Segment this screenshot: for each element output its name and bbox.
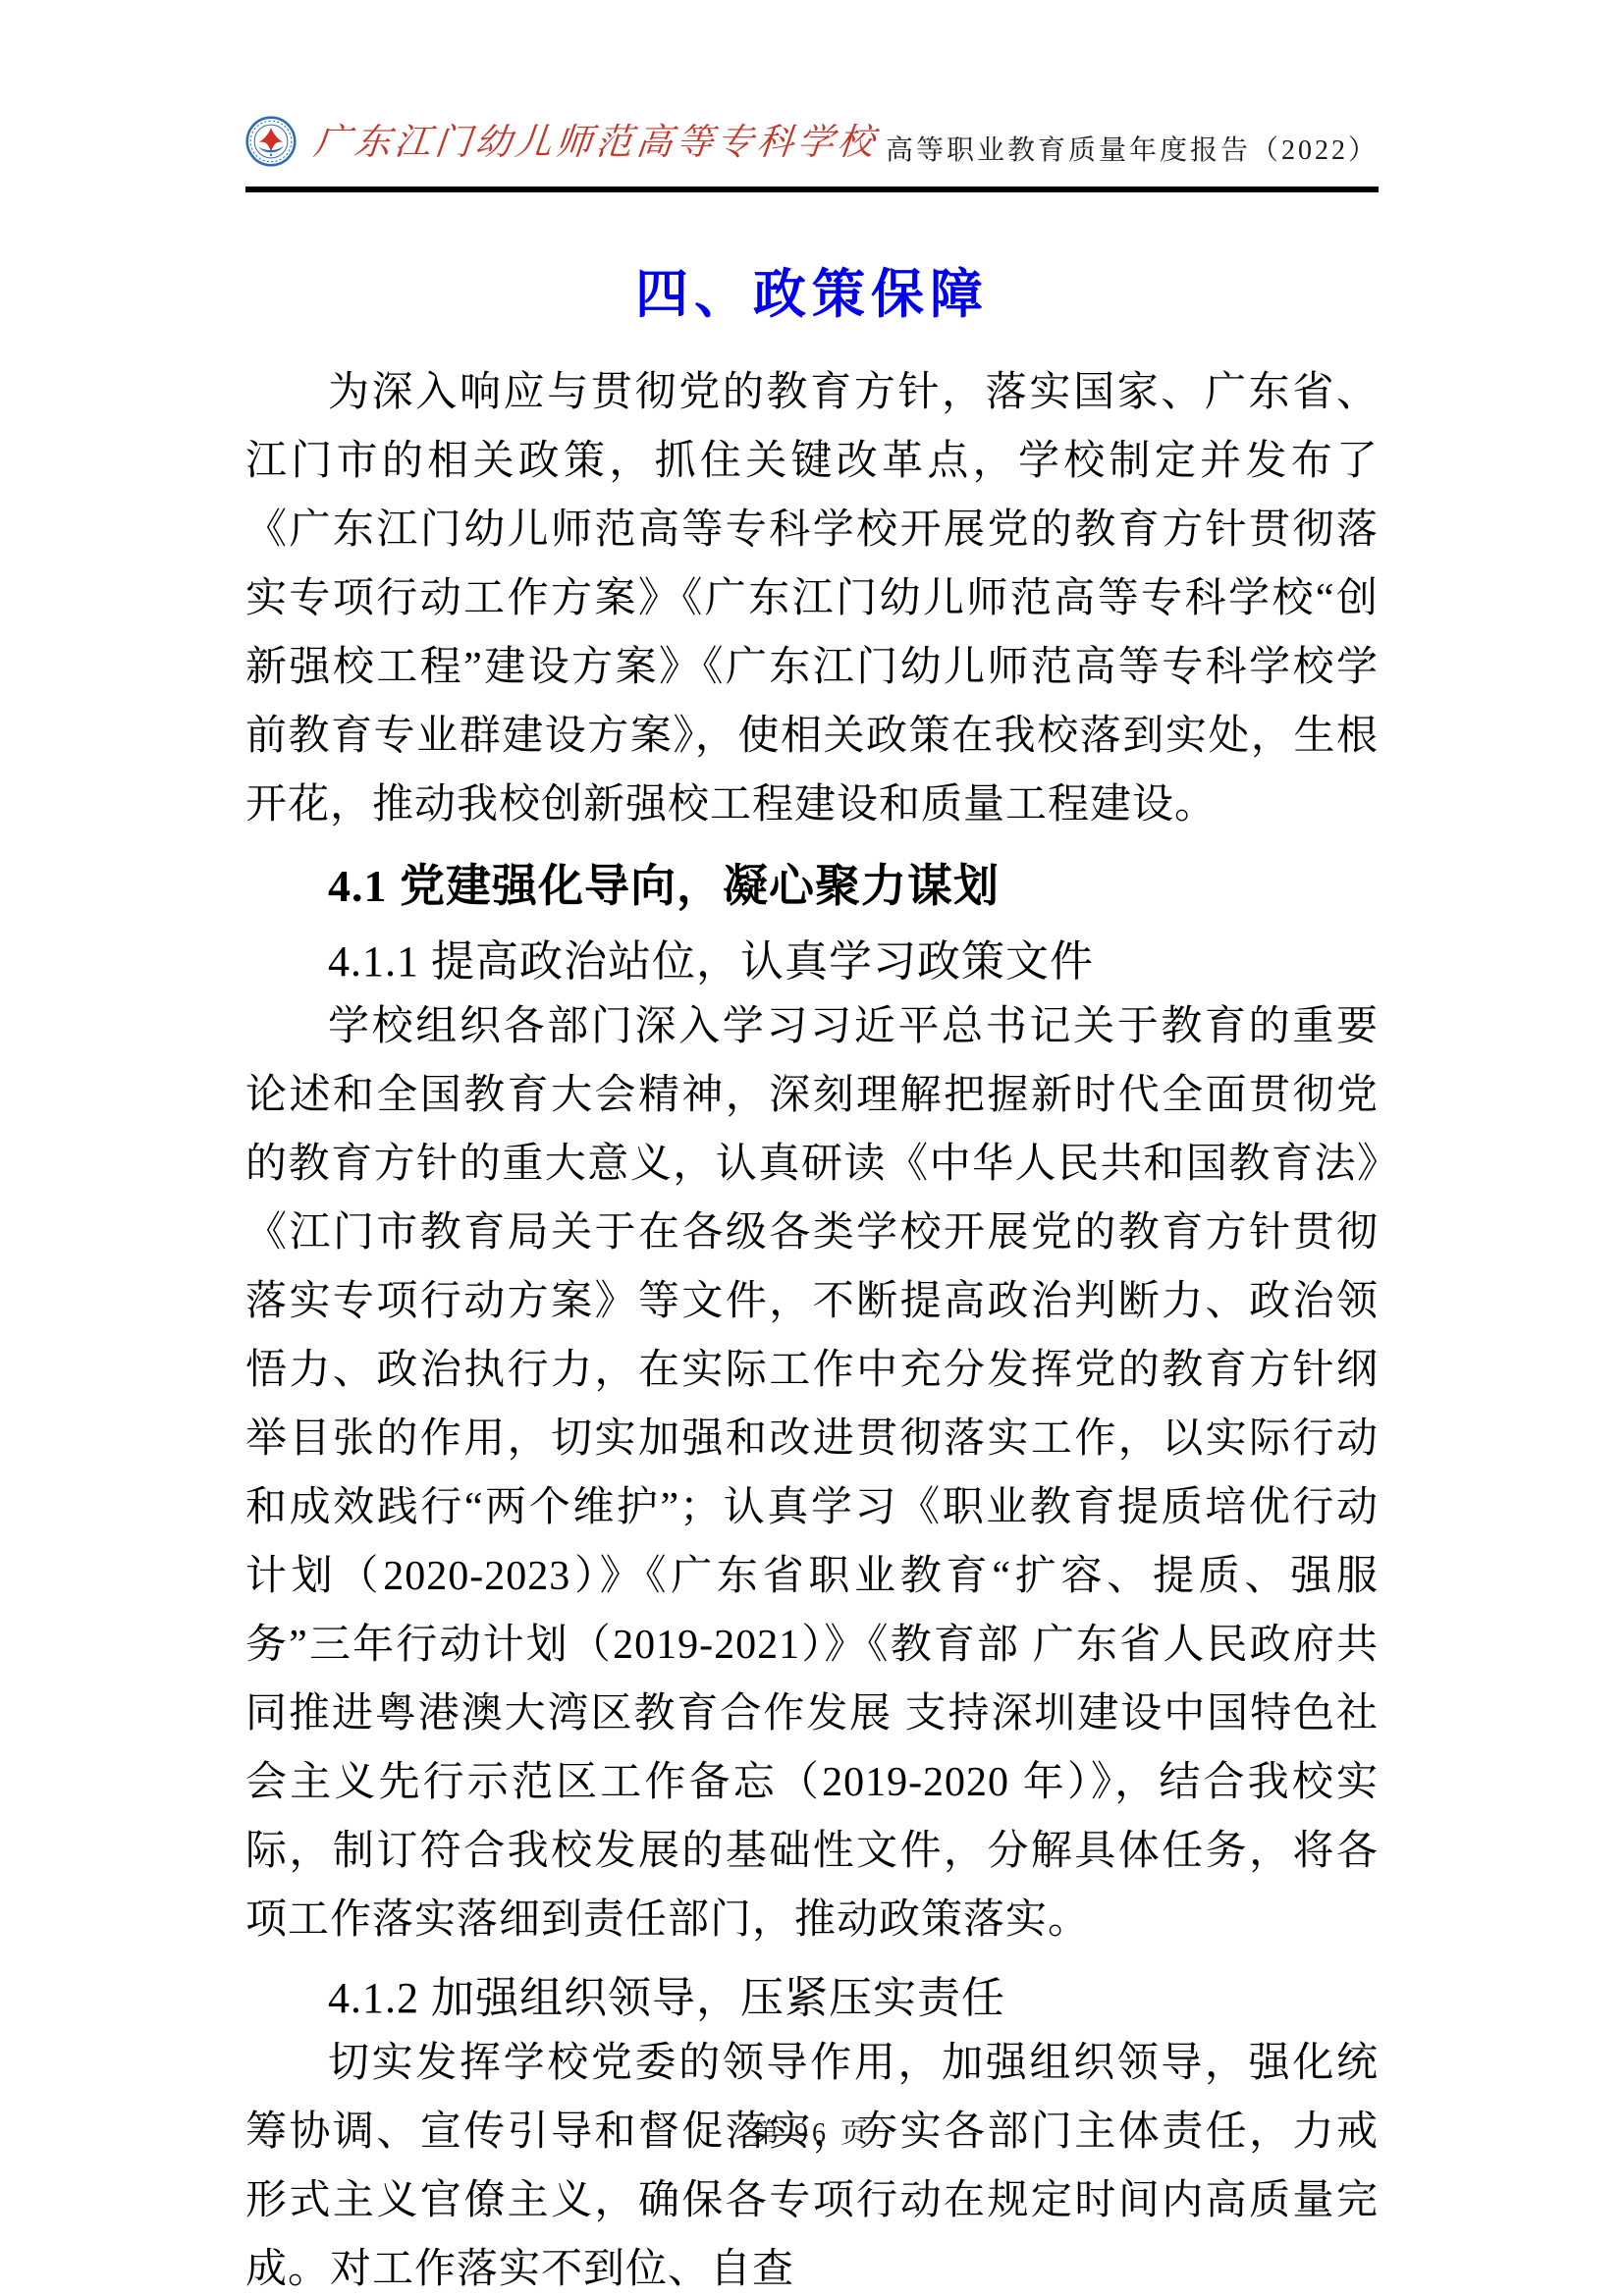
chapter-title: 四、政策保障 (245, 263, 1379, 327)
school-emblem-icon (245, 116, 297, 167)
section-4-1-1-paragraph: 学校组织各部门深入学习习近平总书记关于教育的重要论述和全国教育大会精神，深刻理解… (245, 992, 1379, 1954)
section-4-1-1-heading: 4.1.1 提高政治站位，认真学习政策文件 (245, 932, 1379, 992)
section-4-1-heading: 4.1 党建强化导向，凝心聚力谋划 (245, 855, 1379, 918)
page-header: 广东江门幼儿师范高等专科学校 高等职业教育质量年度报告（2022） (245, 116, 1379, 167)
header-left-group: 广东江门幼儿师范高等专科学校 (245, 116, 886, 167)
report-title: 高等职业教育质量年度报告（2022） (886, 137, 1379, 167)
section-4-1-2-heading: 4.1.2 加强组织领导，压紧压实责任 (245, 1968, 1379, 2029)
intro-paragraph: 为深入响应与贯彻党的教育方针，落实国家、广东省、江门市的相关政策，抓住关键改革点… (245, 358, 1379, 839)
page-footer: 第 96 页 (0, 2111, 1624, 2151)
document-body: 四、政策保障 为深入响应与贯彻党的教育方针，落实国家、广东省、江门市的相关政策，… (245, 192, 1379, 2296)
section-4-1-2-paragraph: 切实发挥学校党委的领导作用，加强组织领导，强化统筹协调、宣传引导和督促落实，夯实… (245, 2029, 1379, 2296)
report-page: 广东江门幼儿师范高等专科学校 高等职业教育质量年度报告（2022） 四、政策保障… (0, 0, 1624, 2296)
school-name-calligraphy: 广东江门幼儿师范高等专科学校 (312, 124, 880, 160)
page-number-label: 第 96 页 (752, 2118, 872, 2149)
